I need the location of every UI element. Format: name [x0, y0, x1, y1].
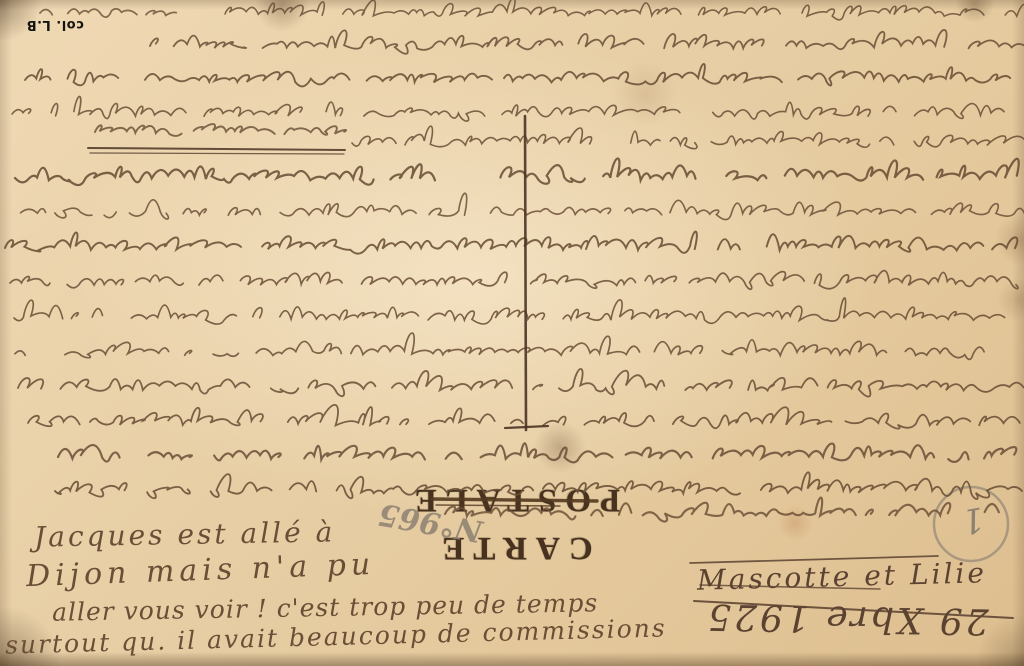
handwriting-row	[58, 443, 1016, 462]
signature: Mascotte et Lilie	[697, 556, 988, 597]
collector-stamp: col. L.B	[24, 17, 86, 32]
ink-line	[525, 116, 526, 430]
handwriting-row	[40, 9, 176, 17]
handwriting-row	[15, 333, 1016, 359]
handwriting-row	[21, 193, 1024, 219]
ink-line	[90, 153, 344, 154]
handwriting-row	[10, 271, 1018, 290]
handwriting-row	[150, 30, 1024, 54]
ink-line	[88, 148, 345, 150]
handwriting-row	[352, 126, 1024, 148]
handwriting-row	[95, 124, 346, 136]
handwriting-row	[14, 298, 1016, 324]
postcard-back: col. L.B CARTE POSTALE N°965 1 Jacques e…	[0, 0, 1024, 666]
handwriting-row	[12, 96, 1022, 121]
pencil-circle-numeral: 1	[955, 498, 991, 543]
note-line-2: Dijon mais n'a pu	[25, 547, 375, 594]
ink-line	[505, 426, 548, 428]
handwriting-row	[25, 64, 1024, 86]
date: 29 Xbre 1925	[698, 595, 997, 641]
handwriting-row	[5, 232, 1017, 254]
handwriting-row	[28, 405, 1020, 429]
handwriting-row	[15, 158, 1019, 185]
handwriting-row	[225, 0, 1024, 20]
note-line-1: Jacques est allé à	[34, 515, 336, 553]
handwriting-row	[18, 369, 1024, 397]
